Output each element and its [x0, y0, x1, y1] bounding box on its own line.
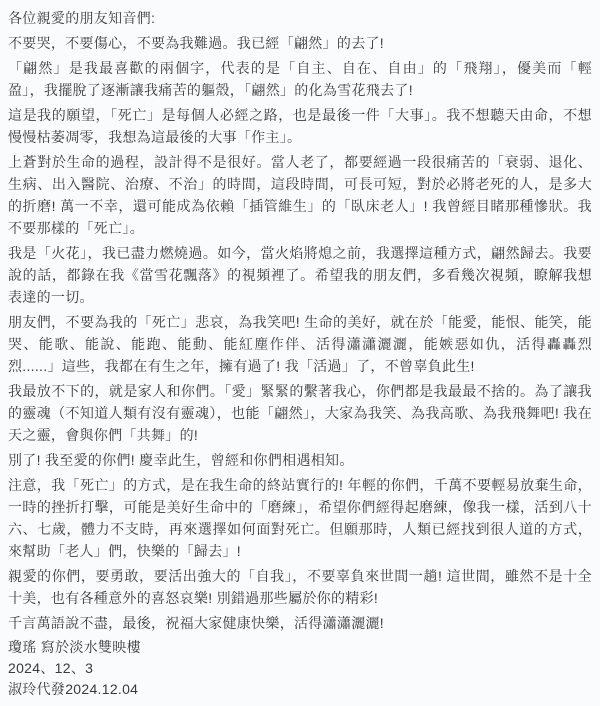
letter-document: 各位親愛的朋友知音們: 不要哭，不要傷心，不要為我難過。我已經「翩然」的去了! … [0, 0, 600, 706]
signature-block: 瓊瑤 寫於淡水雙映樓 2024、12、3 淑玲代發2024.12.04 [8, 637, 592, 700]
date-line: 2024、12、3 [8, 658, 592, 679]
paragraph: 「翩然」是我最喜歡的兩個字，代表的是「自主、自在、自由」的「飛翔」，優美而「輕盈… [8, 57, 592, 101]
paragraph: 親愛的你們，要勇敢，要活出強大的「自我」，不要辜負來世間一趟! 這世間，雖然不是… [8, 565, 592, 609]
paragraph: 別了! 我至愛的你們! 慶幸此生，曾經和你們相遇相知。 [8, 449, 592, 471]
posted-note-line: 淑玲代發2024.12.04 [8, 679, 592, 700]
paragraph: 千言萬語說不盡，最後，祝福大家健康快樂，活得瀟瀟灑灑! [8, 612, 592, 634]
signature-line: 瓊瑤 寫於淡水雙映樓 [8, 637, 592, 658]
paragraph: 不要哭，不要傷心，不要為我難過。我已經「翩然」的去了! [8, 32, 592, 54]
paragraph: 我最放不下的，就是家人和你們。「愛」緊緊的繫著我心，你們都是我最最不捨的。為了讓… [8, 380, 592, 446]
paragraph: 朋友們，不要為我的「死亡」悲哀，為我笑吧! 生命的美好，就在於「能愛，能恨、能笑… [8, 311, 592, 377]
paragraph: 注意，我「死亡」的方式，是在我生命的終站實行的! 年輕的你們，千萬不要輕易放棄生… [8, 474, 592, 562]
salutation: 各位親愛的朋友知音們: [8, 7, 592, 29]
paragraph: 上蒼對於生命的過程，設計得不是很好。當人老了，都要經過一段很痛苦的「衰弱、退化、… [8, 151, 592, 239]
paragraph: 我是「火花」，我已盡力燃燒過。如今，當火焰將熄之前，我選擇這種方式，翩然歸去。我… [8, 242, 592, 308]
paragraph: 這是我的願望，「死亡」是每個人必經之路，也是最後一件「大事」。我不想聽天由命，不… [8, 104, 592, 148]
